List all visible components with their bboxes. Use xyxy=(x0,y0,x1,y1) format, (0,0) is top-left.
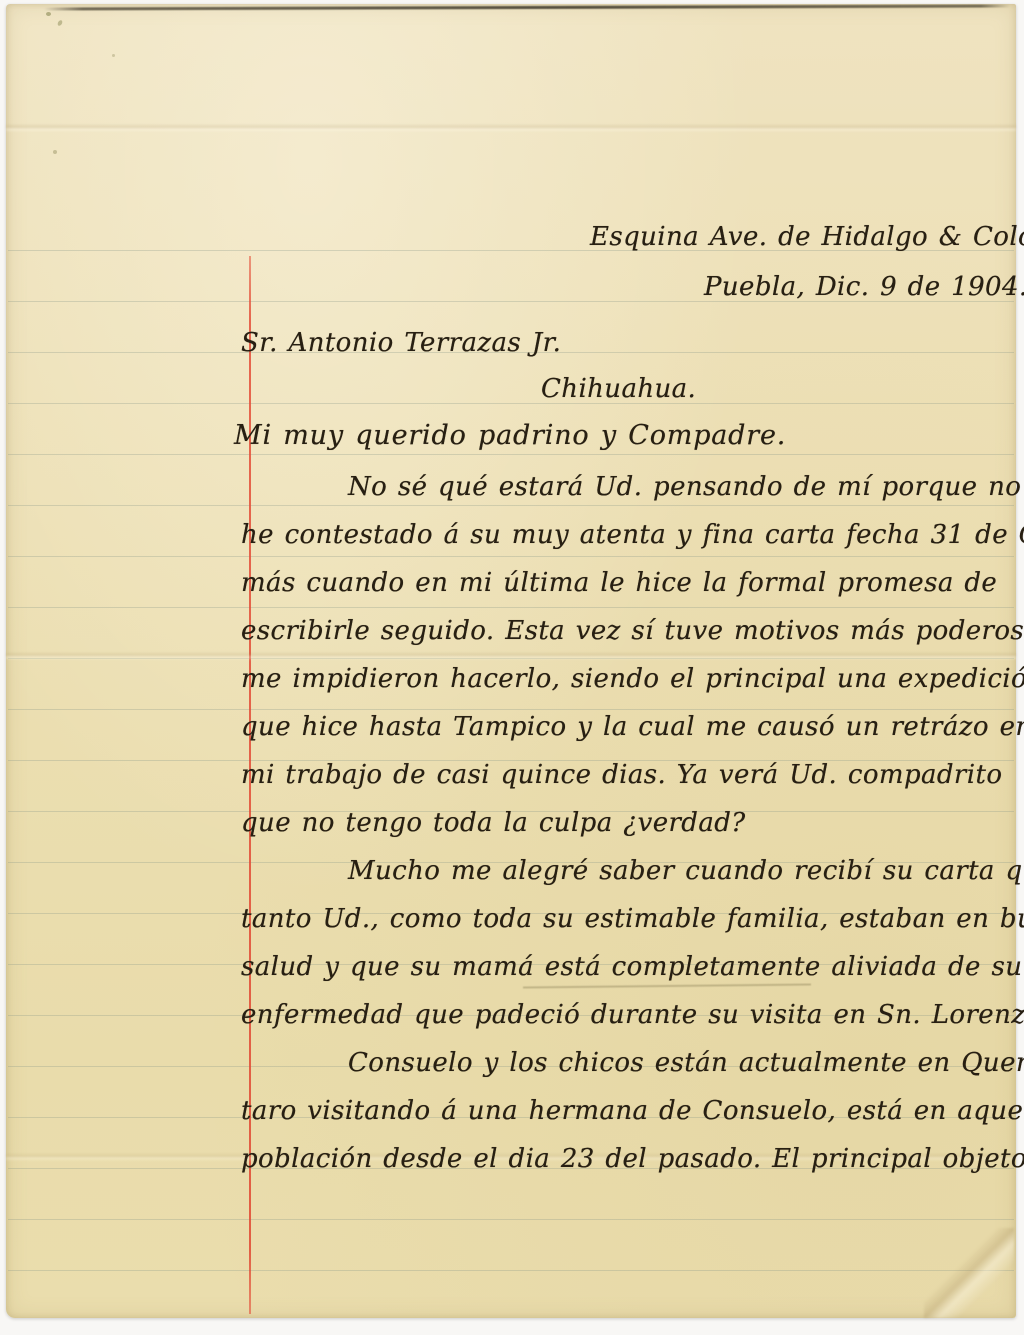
ink-speck xyxy=(57,19,63,26)
letter-line: población desde el dia 23 del pasado. El… xyxy=(241,1144,1024,1174)
letter-line: he contestado á su muy atenta y fina car… xyxy=(241,520,1024,550)
recipient-name: Sr. Antonio Terrazas Jr. xyxy=(241,328,561,358)
ink-speck xyxy=(53,150,57,154)
fold-crease xyxy=(6,652,1016,660)
letter-line: que hice hasta Tampico y la cual me caus… xyxy=(241,712,1024,742)
letter-line: que no tengo toda la culpa ¿verdad? xyxy=(241,808,746,838)
paper-top-edge-shadow xyxy=(44,4,1010,10)
corner-wrinkle xyxy=(924,1228,1014,1318)
letter-line: Mucho me alegré saber cuando recibí su c… xyxy=(348,856,1024,886)
letter-line: más cuando en mi última le hice la forma… xyxy=(241,568,997,598)
letter-line: me impidieron hacerlo, siendo el princip… xyxy=(241,664,1024,694)
ink-speck xyxy=(46,12,51,16)
salutation-line: Mi muy querido padrino y Compadre. xyxy=(234,420,786,451)
recipient-city: Chihuahua. xyxy=(541,374,696,404)
date-line: Puebla, Dic. 9 de 1904. xyxy=(704,272,1024,302)
letter-line: No sé qué estará Ud. pensando de mí porq… xyxy=(348,472,1021,502)
letter-line: mi trabajo de casi quince dias. Ya verá … xyxy=(241,760,1002,790)
letter-line: tanto Ud., como toda su estimable famili… xyxy=(241,904,1024,934)
letter-line: escribirle seguido. Esta vez sí tuve mot… xyxy=(241,616,1024,646)
letter-line: taro visitando á una hermana de Consuelo… xyxy=(241,1096,1024,1126)
letter-line: Consuelo y los chicos están actualmente … xyxy=(348,1048,1024,1078)
ink-speck xyxy=(112,54,115,57)
letter-line: salud y que su mamá está completamente a… xyxy=(241,952,1022,982)
letter-line: enfermedad que padeció durante su visita… xyxy=(241,1000,1024,1030)
address-line: Esquina Ave. de Hidalgo & Colón. xyxy=(590,222,1024,252)
letter-paper: Esquina Ave. de Hidalgo & Colón. Puebla,… xyxy=(6,4,1016,1318)
pencil-mark xyxy=(523,983,811,988)
fold-crease xyxy=(6,124,1016,132)
